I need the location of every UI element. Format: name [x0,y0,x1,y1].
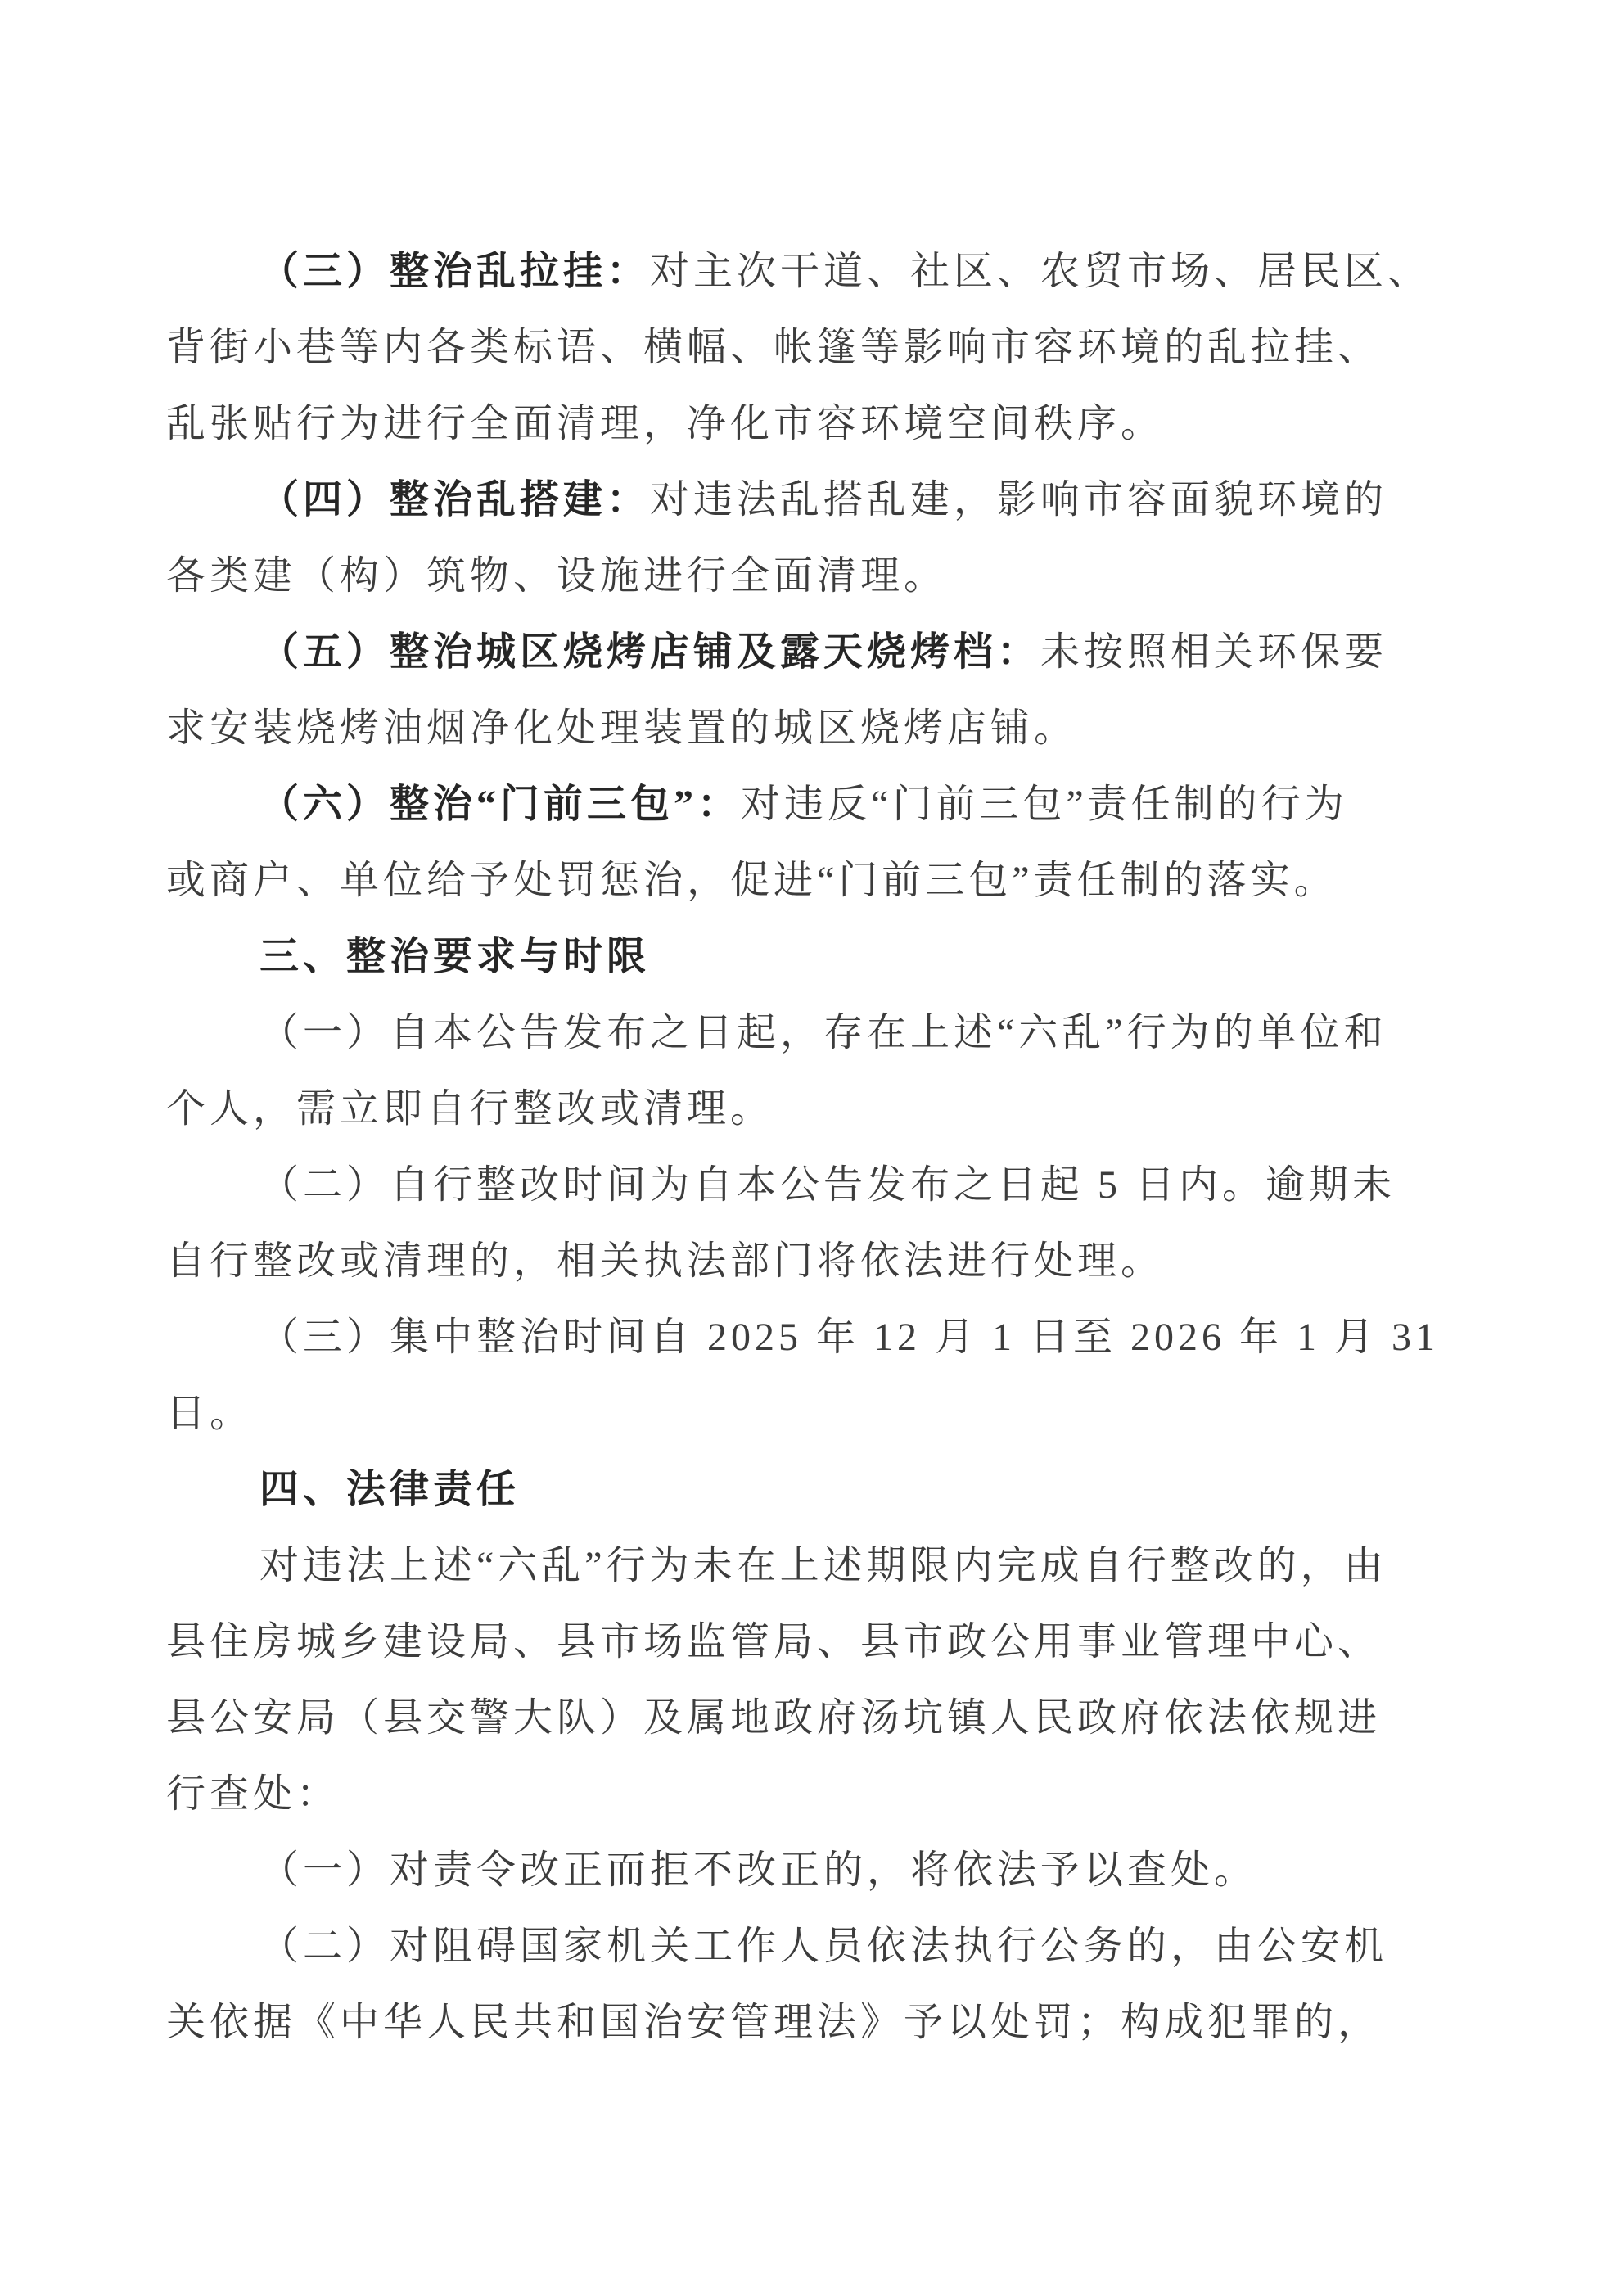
text-line: 行查处： [166,1756,1476,1832]
text-segment: 或商户、单位给予处罚惩治，促进“门前三包”责任制的落实。 [166,859,1338,902]
text-segment: 对违反“门前三包”责任制的行为 [741,783,1348,826]
text-line: 或商户、单位给予处罚惩治，促进“门前三包”责任制的落实。 [166,842,1476,919]
text-line: 乱张贴行为进行全面清理，净化市容环境空间秩序。 [166,386,1476,462]
text-segment: 自行整改或清理的，相关执法部门将依法进行处理。 [166,1239,1164,1283]
text-segment: 对违法上述“六乱”行为未在上述期限内完成自行整改的，由 [259,1544,1387,1587]
text-line: 背街小巷等内各类标语、横幅、帐篷等影响市容环境的乱拉挂、 [166,309,1476,386]
text-segment: （二）自行整改时间为自本公告发布之日起 5 日内。逾期未 [259,1163,1396,1207]
text-segment: 背街小巷等内各类标语、横幅、帐篷等影响市容环境的乱拉挂、 [166,326,1381,369]
text-line: 求安装烧烤油烟净化处理装置的城区烧烤店铺。 [166,690,1476,766]
text-line: （一）自本公告发布之日起，存在上述“六乱”行为的单位和 [166,995,1476,1071]
text-segment: 对违法乱搭乱建，影响市容面貌环境的 [650,478,1387,521]
text-line: 对违法上述“六乱”行为未在上述期限内完成自行整改的，由 [166,1528,1476,1604]
bold-label-segment: （六）整治“门前三包”： [259,783,741,826]
bold-label-segment: 四、法律责任 [259,1468,520,1511]
text-segment: 各类建（构）筑物、设施进行全面清理。 [166,554,947,598]
scanned-page: （三）整治乱拉挂：对主次干道、社区、农贸市场、居民区、背街小巷等内各类标语、横幅… [0,0,1624,2284]
text-segment: 未按照相关环保要 [1040,630,1387,674]
text-line: （三）整治乱拉挂：对主次干道、社区、农贸市场、居民区、 [166,233,1476,309]
text-segment: （一）对责令改正而拒不改正的，将依法予以查处。 [259,1848,1257,1892]
text-line: 各类建（构）筑物、设施进行全面清理。 [166,538,1476,614]
section-heading: 三、整治要求与时限 [166,919,1476,995]
text-segment: 县公安局（县交警大队）及属地政府汤坑镇人民政府依法依规进 [166,1696,1381,1740]
text-segment: （二）对阻碍国家机关工作人员依法执行公务的，由公安机 [259,1925,1387,1968]
text-segment: 乱张贴行为进行全面清理，净化市容环境空间秩序。 [166,402,1164,445]
text-segment: 个人，需立即自行整改或清理。 [166,1087,774,1131]
text-segment: 求安装烧烤油烟净化处理装置的城区烧烤店铺。 [166,706,1077,750]
text-line: 县公安局（县交警大队）及属地政府汤坑镇人民政府依法依规进 [166,1680,1476,1756]
document-body: （三）整治乱拉挂：对主次干道、社区、农贸市场、居民区、背街小巷等内各类标语、横幅… [166,233,1476,2061]
text-segment: 日。 [166,1392,253,1435]
section-heading: 四、法律责任 [166,1451,1476,1528]
text-line: （五）整治城区烧烤店铺及露天烧烤档：未按照相关环保要 [166,614,1476,690]
text-line: （一）对责令改正而拒不改正的，将依法予以查处。 [166,1832,1476,1908]
text-line: 县住房城乡建设局、县市场监管局、县市政公用事业管理中心、 [166,1604,1476,1680]
text-line: （四）整治乱搭建：对违法乱搭乱建，影响市容面貌环境的 [166,462,1476,538]
text-line: （二）对阻碍国家机关工作人员依法执行公务的，由公安机 [166,1908,1476,1984]
bold-label-segment: （三）整治乱拉挂： [259,250,650,293]
text-segment: （一）自本公告发布之日起，存在上述“六乱”行为的单位和 [259,1011,1387,1054]
text-line: 日。 [166,1375,1476,1451]
text-segment: 行查处： [166,1772,340,1816]
text-line: 个人，需立即自行整改或清理。 [166,1071,1476,1147]
text-segment: （三）集中整治时间自 2025 年 12 月 1 日至 2026 年 1 月 3… [259,1316,1439,1359]
text-segment: 县住房城乡建设局、县市场监管局、县市政公用事业管理中心、 [166,1620,1381,1663]
text-segment: 对主次干道、社区、农贸市场、居民区、 [650,250,1431,293]
text-line: 关依据《中华人民共和国治安管理法》予以处罚；构成犯罪的， [166,1984,1476,2061]
text-line: （六）整治“门前三包”：对违反“门前三包”责任制的行为 [166,766,1476,842]
text-line: 自行整改或清理的，相关执法部门将依法进行处理。 [166,1223,1476,1299]
bold-label-segment: （四）整治乱搭建： [259,478,650,521]
bold-label-segment: （五）整治城区烧烤店铺及露天烧烤档： [259,630,1040,674]
text-line: （二）自行整改时间为自本公告发布之日起 5 日内。逾期未 [166,1147,1476,1223]
bold-label-segment: 三、整治要求与时限 [259,935,650,978]
text-line: （三）集中整治时间自 2025 年 12 月 1 日至 2026 年 1 月 3… [166,1299,1476,1375]
text-segment: 关依据《中华人民共和国治安管理法》予以处罚；构成犯罪的， [166,2001,1381,2044]
